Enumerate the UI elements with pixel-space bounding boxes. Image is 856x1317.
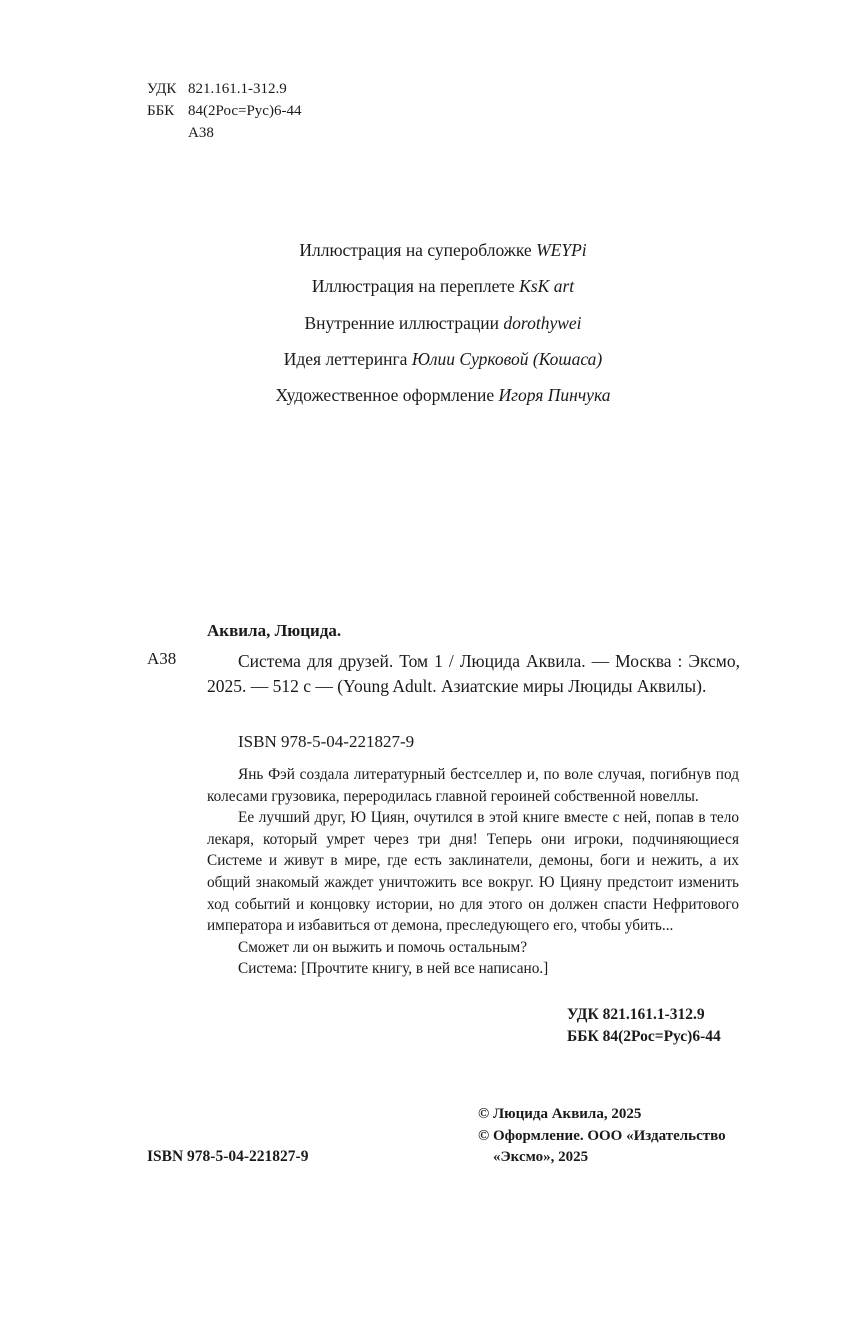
annotation-paragraph: Янь Фэй создала литературный бестселлер … [207, 764, 739, 807]
bbk-value: 84(2Рос=Рус)6-44 [188, 100, 301, 122]
bbk-bottom: ББК 84(2Рос=Рус)6-44 [567, 1026, 721, 1048]
author-sign: А38 [188, 122, 214, 144]
bbk-label: ББК [147, 100, 188, 122]
udk-label: УДК [147, 78, 188, 100]
classification-codes-bottom: УДК 821.161.1-312.9 ББК 84(2Рос=Рус)6-44 [567, 1004, 721, 1048]
credit-name: dorothywei [503, 313, 581, 333]
credit-name: KsK art [519, 276, 574, 296]
credit-line: Идея леттеринга Юлии Сурковой (Кошаса) [0, 345, 856, 381]
bbk-row: ББК 84(2Рос=Рус)6-44 [147, 100, 301, 122]
isbn-bottom: ISBN 978-5-04-221827-9 [147, 1148, 308, 1166]
credit-line: Иллюстрация на суперобложке WEYPi [0, 236, 856, 272]
copyright-design: © Оформление. ООО «Издательство [478, 1126, 726, 1148]
copyright-author: © Люцида Аквила, 2025 [478, 1104, 726, 1126]
annotation-paragraph: Сможет ли он выжить и помочь остальным? [207, 937, 739, 959]
author-sign-catalog: А38 [147, 649, 176, 669]
udk-row: УДК 821.161.1-312.9 [147, 78, 301, 100]
annotation: Янь Фэй создала литературный бестселлер … [207, 764, 739, 980]
credit-name: Юлии Сурковой (Кошаса) [412, 349, 602, 369]
copyright-design-cont: «Эксмо», 2025 [478, 1147, 726, 1169]
annotation-paragraph: Система: [Прочтите книгу, в ней все напи… [207, 958, 739, 980]
credit-name: WEYPi [536, 240, 587, 260]
illustration-credits: Иллюстрация на суперобложке WEYPi Иллюст… [0, 236, 856, 417]
isbn-catalog: ISBN 978-5-04-221827-9 [238, 732, 414, 752]
credit-line: Художественное оформление Игоря Пинчука [0, 381, 856, 417]
author-heading: Аквила, Люцида. [207, 621, 341, 641]
annotation-paragraph: Ее лучший друг, Ю Циян, очутился в этой … [207, 807, 739, 937]
udk-bottom: УДК 821.161.1-312.9 [567, 1004, 721, 1026]
credit-name: Игоря Пинчука [499, 385, 611, 405]
copyright-block: © Люцида Аквила, 2025 © Оформление. ООО … [478, 1104, 726, 1169]
credit-line: Иллюстрация на переплете KsK art [0, 272, 856, 308]
author-sign-row: А38 [147, 122, 301, 144]
udk-value: 821.161.1-312.9 [188, 78, 287, 100]
credit-line: Внутренние иллюстрации dorothywei [0, 309, 856, 345]
classification-codes-top: УДК 821.161.1-312.9 ББК 84(2Рос=Рус)6-44… [147, 78, 301, 144]
bibliographic-record: Система для друзей. Том 1 / Люцида Аквил… [207, 649, 740, 699]
